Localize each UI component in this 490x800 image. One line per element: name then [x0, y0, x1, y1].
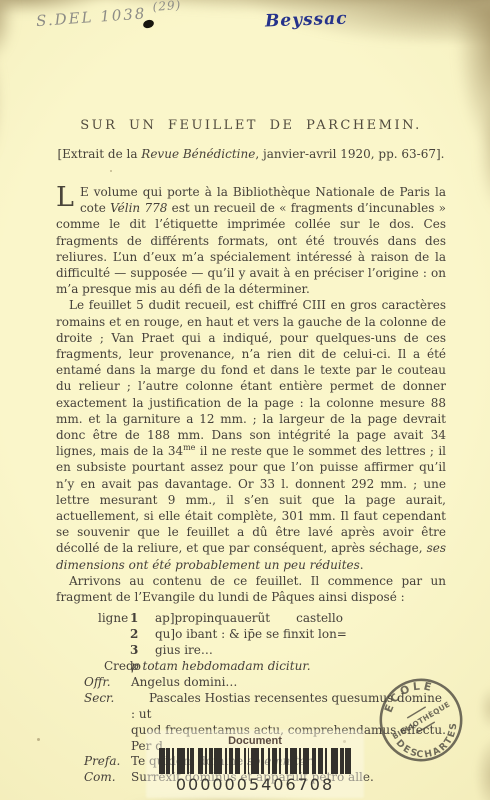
liturgy-row: Credop̷ totam hebdomadam dicitur.: [84, 659, 446, 675]
liturgy-label: Prefa.: [84, 754, 131, 770]
shelfmark-text: S.DEL 1038: [36, 4, 147, 30]
stamp-text-middle: BIBLIOTHÈQUE: [391, 700, 452, 742]
page-title: SUR UN FEUILLET DE PARCHEMIN.: [56, 118, 446, 133]
paragraph: Le feuillet 5 dudit recueil, est chiffré…: [56, 297, 446, 572]
paper-speck: [37, 738, 40, 741]
liturgy-text: qu]o ibant : & ip̄e se finxit lon=: [155, 627, 446, 643]
liturgy-row: ligne1ap]propinquauerũtcastello: [84, 611, 446, 627]
subtitle: [Extrait de la Revue Bénédictine, janvie…: [56, 147, 446, 161]
liturgy-label: 2: [84, 627, 155, 643]
liturgy-label: Secr.: [84, 691, 131, 755]
dropcap-initial: L: [56, 184, 80, 210]
liturgy-label: 3: [84, 643, 155, 659]
shelfmark-superscript: (29): [152, 0, 182, 14]
barcode-label: Document: [155, 735, 355, 747]
handwritten-name: Beyssac: [265, 9, 348, 32]
scan-edge-right: [456, 6, 490, 256]
liturgy-label: ligne1: [84, 611, 155, 627]
paragraph: Arrivons au contenu de ce feuillet. Il c…: [56, 573, 446, 605]
liturgy-label: Offr.: [84, 675, 131, 691]
scanned-document-page: { "annotations": { "shelfmark": "S.DEL 1…: [0, 0, 490, 800]
liturgy-row: 3gius ire…: [84, 643, 446, 659]
liturgy-label: Com.: [84, 770, 131, 786]
liturgy-text: gius ire…: [155, 643, 446, 659]
paragraph: LE volume qui porte à la Bibliothèque Na…: [56, 184, 446, 297]
barcode: Document 0000005406708: [155, 735, 355, 794]
barcode-number: 0000005406708: [155, 775, 355, 794]
body-paragraphs: LE volume qui porte à la Bibliothèque Na…: [56, 184, 446, 605]
scan-edge-left: [0, 0, 20, 170]
liturgy-text: p̷ totam hebdomadam dicitur.: [131, 659, 446, 675]
barcode-bars: [155, 748, 355, 774]
liturgy-text: ap]propinquauerũtcastello: [155, 611, 446, 627]
handwritten-shelfmark: S.DEL 1038 (29): [36, 2, 183, 30]
liturgy-row: 2qu]o ibant : & ip̄e se finxit lon=: [84, 627, 446, 643]
liturgy-label: Credo: [84, 659, 131, 675]
